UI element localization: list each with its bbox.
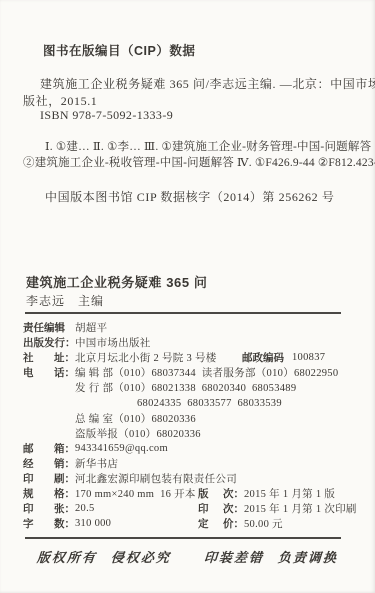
label-distributor-char2: 销： xyxy=(54,456,75,471)
slogan-infringement: 侵权必究 xyxy=(111,547,172,566)
edition-group: 版 次： 2015 年 1 月第 1 版 xyxy=(198,486,335,501)
label-publisher: 出版发行： xyxy=(23,335,76,350)
phone-chief-office-value: 总 编 室（010）68020336 xyxy=(75,411,196,426)
price-group: 定 价： 50.00 元 xyxy=(198,516,283,531)
colophon: 责任编辑 胡超平 出版发行： 中国市场出版社 社 址： 北京月坛北小街 2 号院… xyxy=(0,320,375,531)
label-phone-char1: 电 xyxy=(23,365,34,380)
phone-piracy-report-value: 盗版举报（010）68020336 xyxy=(75,426,201,441)
label-email-char1: 邮 xyxy=(23,441,34,456)
price-value: 50.00 元 xyxy=(244,516,283,531)
cip-bibliography-line1: 建筑施工企业税务疑难 365 问/李志远主编. —北京：中国市场出 xyxy=(40,75,375,92)
row-phone-distribution: 发 行 部（010）68021338 68020340 68053489 xyxy=(0,380,375,395)
row-email: 邮 箱： 943341659@qq.com xyxy=(0,441,375,456)
row-sheets-impression: 印 张： 20.5 印 次： 2015 年 1 月第 1 次印刷 xyxy=(0,501,375,516)
row-printer: 印 刷： 河北鑫宏源印刷包装有限责任公司 xyxy=(0,471,375,486)
label-distributor-char1: 经 xyxy=(23,456,34,471)
responsible-editor-value: 胡超平 xyxy=(75,320,107,335)
label-wordcount-char1: 字 xyxy=(23,516,34,531)
label-address-char1: 社 xyxy=(23,350,34,365)
phone-editorial-value: 编 辑 部（010）68037344 读者服务部（010）68022950 xyxy=(75,365,338,380)
edition-value: 2015 年 1 月第 1 版 xyxy=(244,486,335,501)
label-wordcount-char2: 数： xyxy=(54,516,75,531)
row-phone-piracy-report: 盗版举报（010）68020336 xyxy=(0,426,375,441)
author-line: 李志远 主编 xyxy=(26,292,104,309)
label-price-char2: 价： xyxy=(223,516,244,531)
divider-bottom xyxy=(25,537,341,539)
cip-record-number: 中国版本图书馆 CIP 数据核字（2014）第 256262 号 xyxy=(45,188,334,205)
label-postal-code: 邮政编码 xyxy=(242,350,284,365)
label-sheets-char1: 印 xyxy=(23,501,34,516)
row-phone-chief-office: 总 编 室（010）68020336 xyxy=(0,411,375,426)
row-format-edition: 规 格： 170 mm×240 mm 16 开本 版 次： 2015 年 1 月… xyxy=(0,486,375,501)
format-value: 170 mm×240 mm 16 开本 xyxy=(75,486,196,501)
label-phone-char2: 话： xyxy=(54,365,75,380)
label-edition-char1: 版 xyxy=(198,486,209,501)
cip-heading: 图书在版编目（CIP）数据 xyxy=(43,41,195,59)
copyright-page: 图书在版编目（CIP）数据 建筑施工企业税务疑难 365 问/李志远主编. —北… xyxy=(0,0,375,593)
isbn-number: ISBN 978-7-5092-1333-9 xyxy=(40,108,173,123)
label-address-char2: 址： xyxy=(54,350,75,365)
divider-top xyxy=(25,312,341,314)
label-format-char2: 格： xyxy=(54,486,75,501)
row-phone-editorial: 电 话： 编 辑 部（010）68037344 读者服务部（010）680229… xyxy=(0,365,375,380)
row-publisher: 出版发行： 中国市场出版社 xyxy=(0,335,375,350)
phone-distribution-value: 发 行 部（010）68021338 68020340 68053489 xyxy=(75,380,296,395)
postal-code-group: 邮政编码 100837 xyxy=(242,350,325,365)
label-printer-char2: 刷： xyxy=(54,471,75,486)
label-email-char2: 箱： xyxy=(54,441,75,456)
row-wordcount-price: 字 数： 310 000 定 价： 50.00 元 xyxy=(0,516,375,531)
label-impression-char1: 印 xyxy=(198,501,209,516)
address-value: 北京月坛北小街 2 号院 3 号楼 xyxy=(75,350,217,365)
label-responsible-editor: 责任编辑 xyxy=(23,320,65,335)
label-printer-char1: 印 xyxy=(23,471,34,486)
publisher-value: 中国市场出版社 xyxy=(75,335,151,350)
row-responsible-editor: 责任编辑 胡超平 xyxy=(0,320,375,335)
label-edition-char2: 次： xyxy=(223,486,244,501)
row-distributor: 经 销： 新华书店 xyxy=(0,456,375,471)
printer-value: 河北鑫宏源印刷包装有限责任公司 xyxy=(75,471,237,486)
label-sheets-char2: 张： xyxy=(54,501,75,516)
cip-bibliography-line2: 版社，2015.1 xyxy=(23,92,97,109)
row-address: 社 址： 北京月坛北小街 2 号院 3 号楼 邮政编码 100837 xyxy=(0,350,375,365)
book-title: 建筑施工企业税务疑难 365 问 xyxy=(26,272,208,291)
cip-classification-line2: ②建筑施工企业-税收管理-中国-问题解答 Ⅳ. ①F426.9-44 ②F812… xyxy=(23,154,375,170)
impression-value: 2015 年 1 月第 1 次印刷 xyxy=(244,501,357,516)
copyright-slogan-bar: 版权所有 侵权必究 印装差错 负责调换 xyxy=(0,547,375,566)
wordcount-value: 310 000 xyxy=(75,518,111,529)
slogan-printing-defect: 印装差错 xyxy=(203,547,264,566)
distributor-value: 新华书店 xyxy=(75,456,118,471)
email-value: 943341659@qq.com xyxy=(75,443,168,454)
row-phone-distribution-cont: 68024335 68033577 68033539 xyxy=(0,395,375,410)
label-impression-char2: 次： xyxy=(223,501,244,516)
slogan-replacement: 负责调换 xyxy=(277,547,338,566)
impression-group: 印 次： 2015 年 1 月第 1 次印刷 xyxy=(198,501,357,516)
label-format-char1: 规 xyxy=(23,486,34,501)
cip-classification-line1: Ⅰ. ①建… Ⅱ. ①李… Ⅲ. ①建筑施工企业-财务管理-中国-问题解答 xyxy=(45,138,371,154)
sheets-value: 20.5 xyxy=(75,503,95,514)
label-price-char1: 定 xyxy=(198,516,209,531)
phone-distribution-extra-value: 68024335 68033577 68033539 xyxy=(75,398,282,409)
slogan-all-rights-reserved: 版权所有 xyxy=(37,547,98,566)
postal-code-value: 100837 xyxy=(292,352,325,363)
